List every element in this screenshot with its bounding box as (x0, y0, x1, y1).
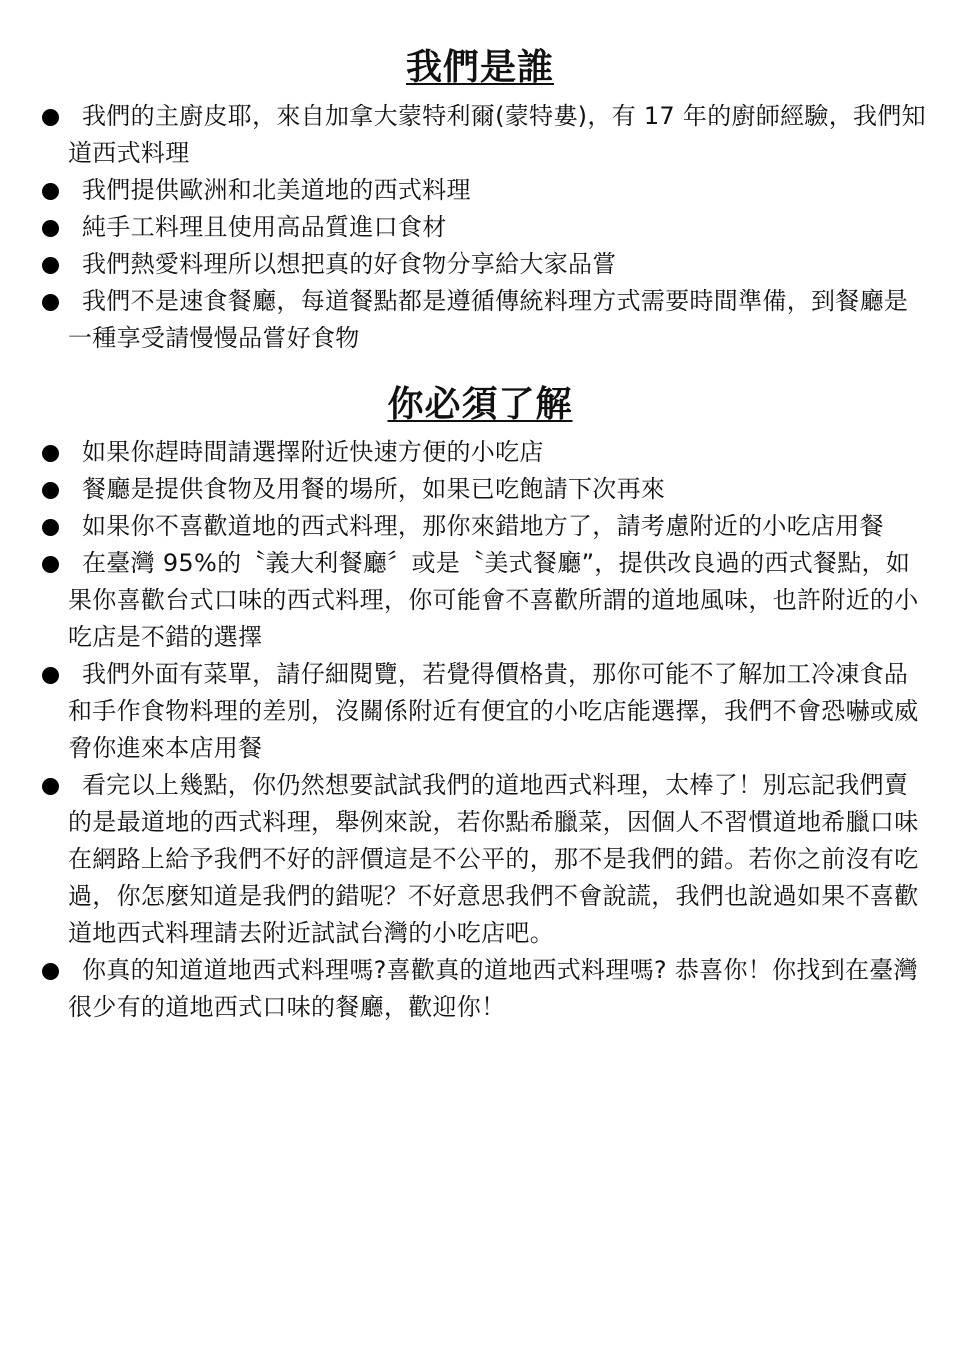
bullet-icon (42, 445, 59, 462)
bullet-icon (42, 183, 59, 200)
list-item: 看完以上幾點，你仍然想要試試我們的道地西式料理，太棒了！別忘記我們賣的是最道地的… (0, 767, 960, 952)
list-item: 我們不是速食餐廳，每道餐點都是遵循傳統料理方式需要時間準備，到餐廳是一種享受請慢… (0, 283, 960, 357)
bullet-icon (42, 109, 59, 126)
list-item-text: 純手工料理且使用高品質進口食材 (68, 209, 930, 246)
bullet-icon (42, 963, 59, 980)
list-item-text: 我們不是速食餐廳，每道餐點都是遵循傳統料理方式需要時間準備，到餐廳是一種享受請慢… (68, 283, 930, 357)
bullet-icon (42, 556, 59, 573)
bullet-icon (42, 220, 59, 237)
list-item-text: 我們的主廚皮耶，來自加拿大蒙特利爾(蒙特婁)，有 17 年的廚師經驗，我們知道西… (68, 98, 930, 172)
section-title-who-we-are: 我們是誰 (0, 46, 960, 90)
list-item-text: 看完以上幾點，你仍然想要試試我們的道地西式料理，太棒了！別忘記我們賣的是最道地的… (68, 767, 930, 952)
list-item-text: 我們提供歐洲和北美道地的西式料理 (68, 172, 930, 209)
list-item-text: 我們熱愛料理所以想把真的好食物分享給大家品嘗 (68, 246, 930, 283)
list-item-text: 如果你不喜歡道地的西式料理，那你來錯地方了，請考慮附近的小吃店用餐 (68, 508, 930, 545)
list-item: 你真的知道道地西式料理嗎?喜歡真的道地西式料理嗎? 恭喜你！你找到在臺灣很少有的… (0, 952, 960, 1026)
list-item-text: 在臺灣 95%的〝義大利餐廳〞或是〝美式餐廳”，提供改良過的西式餐點，如果你喜歡… (68, 545, 930, 656)
list-item: 我們的主廚皮耶，來自加拿大蒙特利爾(蒙特婁)，有 17 年的廚師經驗，我們知道西… (0, 98, 960, 172)
bullet-icon (42, 519, 59, 536)
list-item: 如果你不喜歡道地的西式料理，那你來錯地方了，請考慮附近的小吃店用餐 (0, 508, 960, 545)
bullet-icon (42, 294, 59, 311)
bullet-icon (42, 778, 59, 795)
list-item: 我們外面有菜單，請仔細閱覽，若覺得價格貴，那你可能不了解加工冷凍食品和手作食物料… (0, 656, 960, 767)
list-item: 在臺灣 95%的〝義大利餐廳〞或是〝美式餐廳”，提供改良過的西式餐點，如果你喜歡… (0, 545, 960, 656)
list-item: 餐廳是提供食物及用餐的場所，如果已吃飽請下次再來 (0, 471, 960, 508)
list-item: 如果你趕時間請選擇附近快速方便的小吃店 (0, 434, 960, 471)
list-item-text: 餐廳是提供食物及用餐的場所，如果已吃飽請下次再來 (68, 471, 930, 508)
bullet-icon (42, 667, 59, 684)
bullet-icon (42, 257, 59, 274)
who-we-are-list: 我們的主廚皮耶，來自加拿大蒙特利爾(蒙特婁)，有 17 年的廚師經驗，我們知道西… (0, 98, 960, 357)
list-item-text: 你真的知道道地西式料理嗎?喜歡真的道地西式料理嗎? 恭喜你！你找到在臺灣很少有的… (68, 952, 930, 1026)
list-item: 純手工料理且使用高品質進口食材 (0, 209, 960, 246)
you-must-understand-list: 如果你趕時間請選擇附近快速方便的小吃店 餐廳是提供食物及用餐的場所，如果已吃飽請… (0, 434, 960, 1026)
list-item-text: 如果你趕時間請選擇附近快速方便的小吃店 (68, 434, 930, 471)
section-title-you-must-understand: 你必須了解 (0, 383, 960, 427)
bullet-icon (42, 482, 59, 499)
list-item-text: 我們外面有菜單，請仔細閱覽，若覺得價格貴，那你可能不了解加工冷凍食品和手作食物料… (68, 656, 930, 767)
list-item: 我們提供歐洲和北美道地的西式料理 (0, 172, 960, 209)
list-item: 我們熱愛料理所以想把真的好食物分享給大家品嘗 (0, 246, 960, 283)
